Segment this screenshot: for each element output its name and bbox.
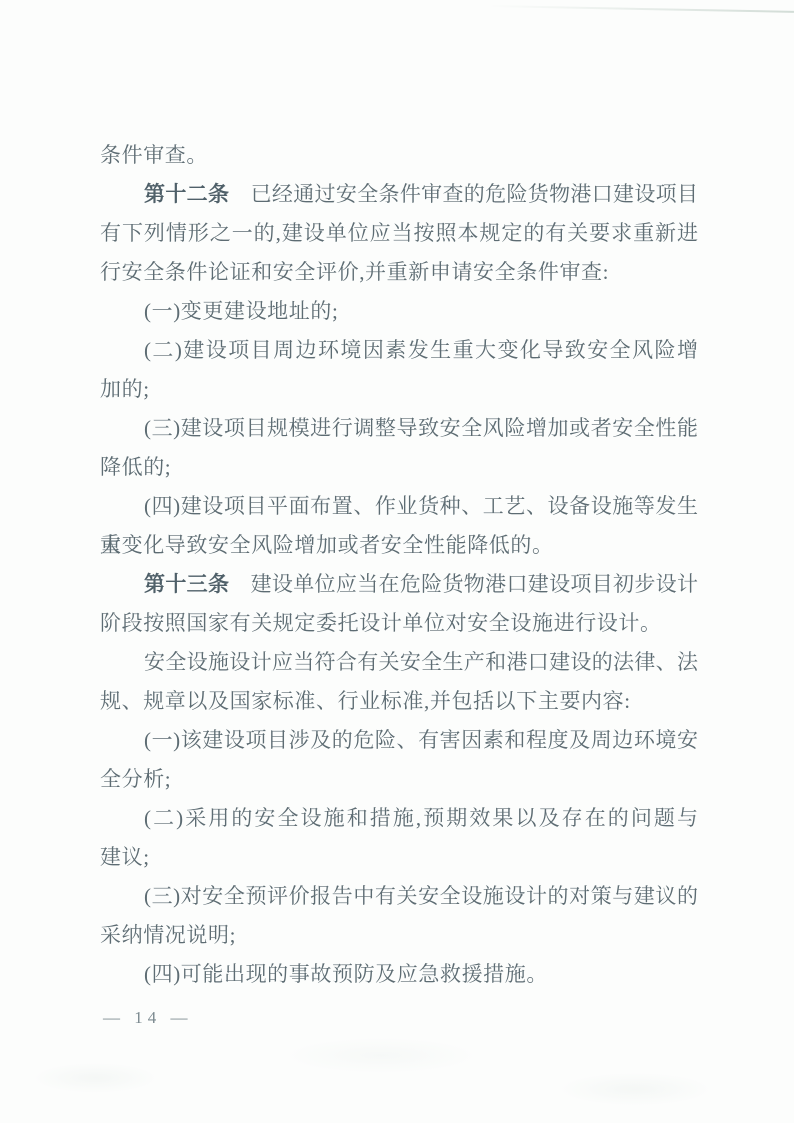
article-heading: 第十二条 xyxy=(144,182,229,206)
text-line: 安全设施设计应当符合有关安全生产和港口建设的法律、法 xyxy=(100,643,698,682)
article-heading: 第十三条 xyxy=(144,572,229,596)
text-line: 规、规章以及国家标准、行业标准,并包括以下主要内容: xyxy=(100,682,698,721)
text-line: (三)建设项目规模进行调整导致安全风险增加或者安全性能 xyxy=(100,409,698,448)
text-line: (四)可能出现的事故预防及应急救援措施。 xyxy=(100,955,698,994)
scan-artifact-line xyxy=(488,5,794,13)
text-line: (一)变更建设地址的; xyxy=(100,292,698,331)
scanned-page: 条件审查。第十二条 已经通过安全条件审查的危险货物港口建设项目有下列情形之一的,… xyxy=(0,0,794,1123)
text-line: 第十二条 已经通过安全条件审查的危险货物港口建设项目 xyxy=(100,175,698,214)
page-number: — 14 — xyxy=(103,1004,193,1032)
text-line: (一)该建设项目涉及的危险、有害因素和程度及周边环境安 xyxy=(100,721,698,760)
text-line: 条件审查。 xyxy=(100,136,698,175)
document-body: 条件审查。第十二条 已经通过安全条件审查的危险货物港口建设项目有下列情形之一的,… xyxy=(100,136,698,994)
text-line: 采纳情况说明; xyxy=(100,916,698,955)
text-line: 建议; xyxy=(100,838,698,877)
text-line: (二)采用的安全设施和措施,预期效果以及存在的问题与 xyxy=(100,799,698,838)
text-line: 阶段按照国家有关规定委托设计单位对安全设施进行设计。 xyxy=(100,604,698,643)
text-line: (三)对安全预评价报告中有关安全设施设计的对策与建议的 xyxy=(100,877,698,916)
text-line: 行安全条件论证和安全评价,并重新申请安全条件审查: xyxy=(100,253,698,292)
text-line: 有下列情形之一的,建设单位应当按照本规定的有关要求重新进 xyxy=(100,214,698,253)
text-line: 全分析; xyxy=(100,760,698,799)
text-line: (二)建设项目周边环境因素发生重大变化导致安全风险增 xyxy=(100,331,698,370)
text-line: 降低的; xyxy=(100,448,698,487)
text-line: 大变化导致安全风险增加或者安全性能降低的。 xyxy=(100,526,698,565)
text-line: (四)建设项目平面布置、作业货种、工艺、设备设施等发生重 xyxy=(100,487,698,526)
text-line: 第十三条 建设单位应当在危险货物港口建设项目初步设计 xyxy=(100,565,698,604)
text-line: 加的; xyxy=(100,370,698,409)
